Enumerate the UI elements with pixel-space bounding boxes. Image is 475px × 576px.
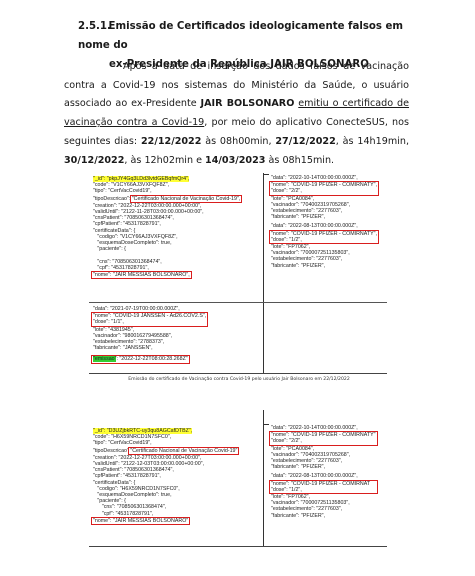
- bracket: [264, 424, 269, 425]
- emissao-box: "emissao": "2022-12-22T08:00:28.268Z": [91, 355, 190, 363]
- json-lines: "lote": "FP7062", "vacinador": "70000725…: [271, 494, 378, 519]
- section-number: 2.5.1.: [78, 17, 105, 36]
- dose-name: "nome": "COVID-19 PFIZER - COMIRNAT: [271, 481, 376, 487]
- json-key: "tipoDescricao": [93, 448, 130, 454]
- time-text: às 08h00min,: [201, 136, 275, 147]
- json-key: "tipoDescricao":: [93, 196, 132, 202]
- time-text: , às 12h02min e: [124, 155, 205, 166]
- bracket: [264, 174, 269, 175]
- id-highlight: "_id": "pkpJY4Gq3LDd3lvtdGEBqfmQr4",: [93, 176, 189, 182]
- dose-box: "nome": "COVID-19 PFIZER - COMIRNATY","d…: [269, 181, 379, 195]
- dose-number: "dose": "1/2",: [271, 487, 376, 493]
- divider-vertical: [263, 410, 264, 546]
- section-title-line1: Emissão de Certificados ideologicamente …: [78, 21, 403, 51]
- vaccine-box: "nome": "COVID-19 JANSSEN - Ad26.COV2.S"…: [91, 312, 208, 326]
- json-right-2: "data": "2022-10-14T00:00:00.000Z","nome…: [271, 425, 378, 519]
- figure-2-screenshot: "_id": "D3UZjbkRTC-uy3qu8AGCafDTBZ","cod…: [89, 410, 387, 547]
- id-highlight: "_id": "D3UZjbkRTC-uy3qu8AGCafDTBZ",: [93, 428, 192, 434]
- tipo-descricao-box: "Certificado Nacional de Vacinação Covid…: [130, 195, 242, 203]
- figure-caption: Emissão do certificado de Vacinação cont…: [89, 377, 389, 382]
- date-bold: 27/12/2022: [275, 136, 335, 147]
- json-lines: "code": "V1CY66AJ3VXFQF8Z", "tipo": "Cer…: [93, 182, 242, 194]
- body-paragraph: Após a data de inserção dos dados falsos…: [64, 58, 409, 170]
- bold-name: JAIR BOLSONARO: [201, 98, 295, 109]
- divider-vertical: [263, 173, 264, 373]
- json-lines: "lote": "PCA0084", "vacinador": "7040023…: [271, 196, 379, 221]
- nome-box: "nome": "JAIR MESSIAS BOLSONARO",: [91, 271, 192, 279]
- dose-name: "nome": "COVID-19 PFIZER - COMIRNATY",: [271, 231, 377, 237]
- time-text: , às 14h19min,: [336, 136, 409, 147]
- time-text: às 08h15min.: [265, 155, 334, 166]
- json-lines: "creation": "2022-12-22T03:00:00.000+00:…: [93, 203, 242, 271]
- figure-1-screenshot: "_id": "pkpJY4Gq3LDd3lvtdGEBqfmQr4","cod…: [89, 173, 387, 374]
- json-left-1: "_id": "pkpJY4Gq3LDd3lvtdGEBqfmQr4","cod…: [93, 176, 242, 279]
- json-lines: "creation": "2022-12-27T03:00:00.000+00:…: [93, 455, 239, 517]
- json-right-1: "data": "2022-10-14T00:00:00.000Z","nome…: [271, 175, 379, 269]
- json-lines: "lote": "FP7062", "vacinador": "70000725…: [271, 244, 379, 269]
- json-lines: "lote": "PCA0084", "vacinador": "7040023…: [271, 446, 378, 471]
- dose-box: "nome": "COVID-19 PFIZER - COMIRNATY","d…: [269, 230, 379, 244]
- json-left-2: "_id": "D3UZjbkRTC-uy3qu8AGCafDTBZ","cod…: [93, 428, 239, 525]
- json-lines: "lote": "4381945", "vacinador": "9800162…: [93, 327, 208, 352]
- dose-box: "nome": "COVID-19 PFIZER - COMIRNATY""do…: [269, 431, 378, 445]
- dose-number: "dose": "2/2",: [271, 438, 376, 444]
- date-bold: 14/03/2023: [205, 155, 265, 166]
- date-bold: 30/12/2022: [64, 155, 124, 166]
- emissao-key: "emissao": [93, 356, 116, 362]
- json-left-1-vaccine: "data": "2021-07-19T00:00:00.000Z","nome…: [93, 306, 208, 364]
- divider-horizontal: [89, 302, 387, 303]
- dose-number: "dose": "1/2",: [271, 237, 377, 243]
- date-bold: 22/12/2022: [141, 136, 201, 147]
- json-lines: "code": "H6X59NRCD1N7SFC0", "tipo": "Cer…: [93, 434, 239, 446]
- vaccine-dose: "dose": "1/1",: [93, 319, 206, 325]
- dose-number: "dose": "2/2",: [271, 188, 377, 194]
- dose-box: "nome": "COVID-19 PFIZER - COMIRNAT"dose…: [269, 480, 378, 494]
- nome-box: "nome": "JAIR MESSIAS BOLSONARO": [91, 517, 190, 525]
- tipo-descricao-box: "Certificado Nacional de Vacinação Covid…: [128, 447, 239, 455]
- emissao-value: : "2022-12-22T08:00:28.268Z": [116, 356, 187, 362]
